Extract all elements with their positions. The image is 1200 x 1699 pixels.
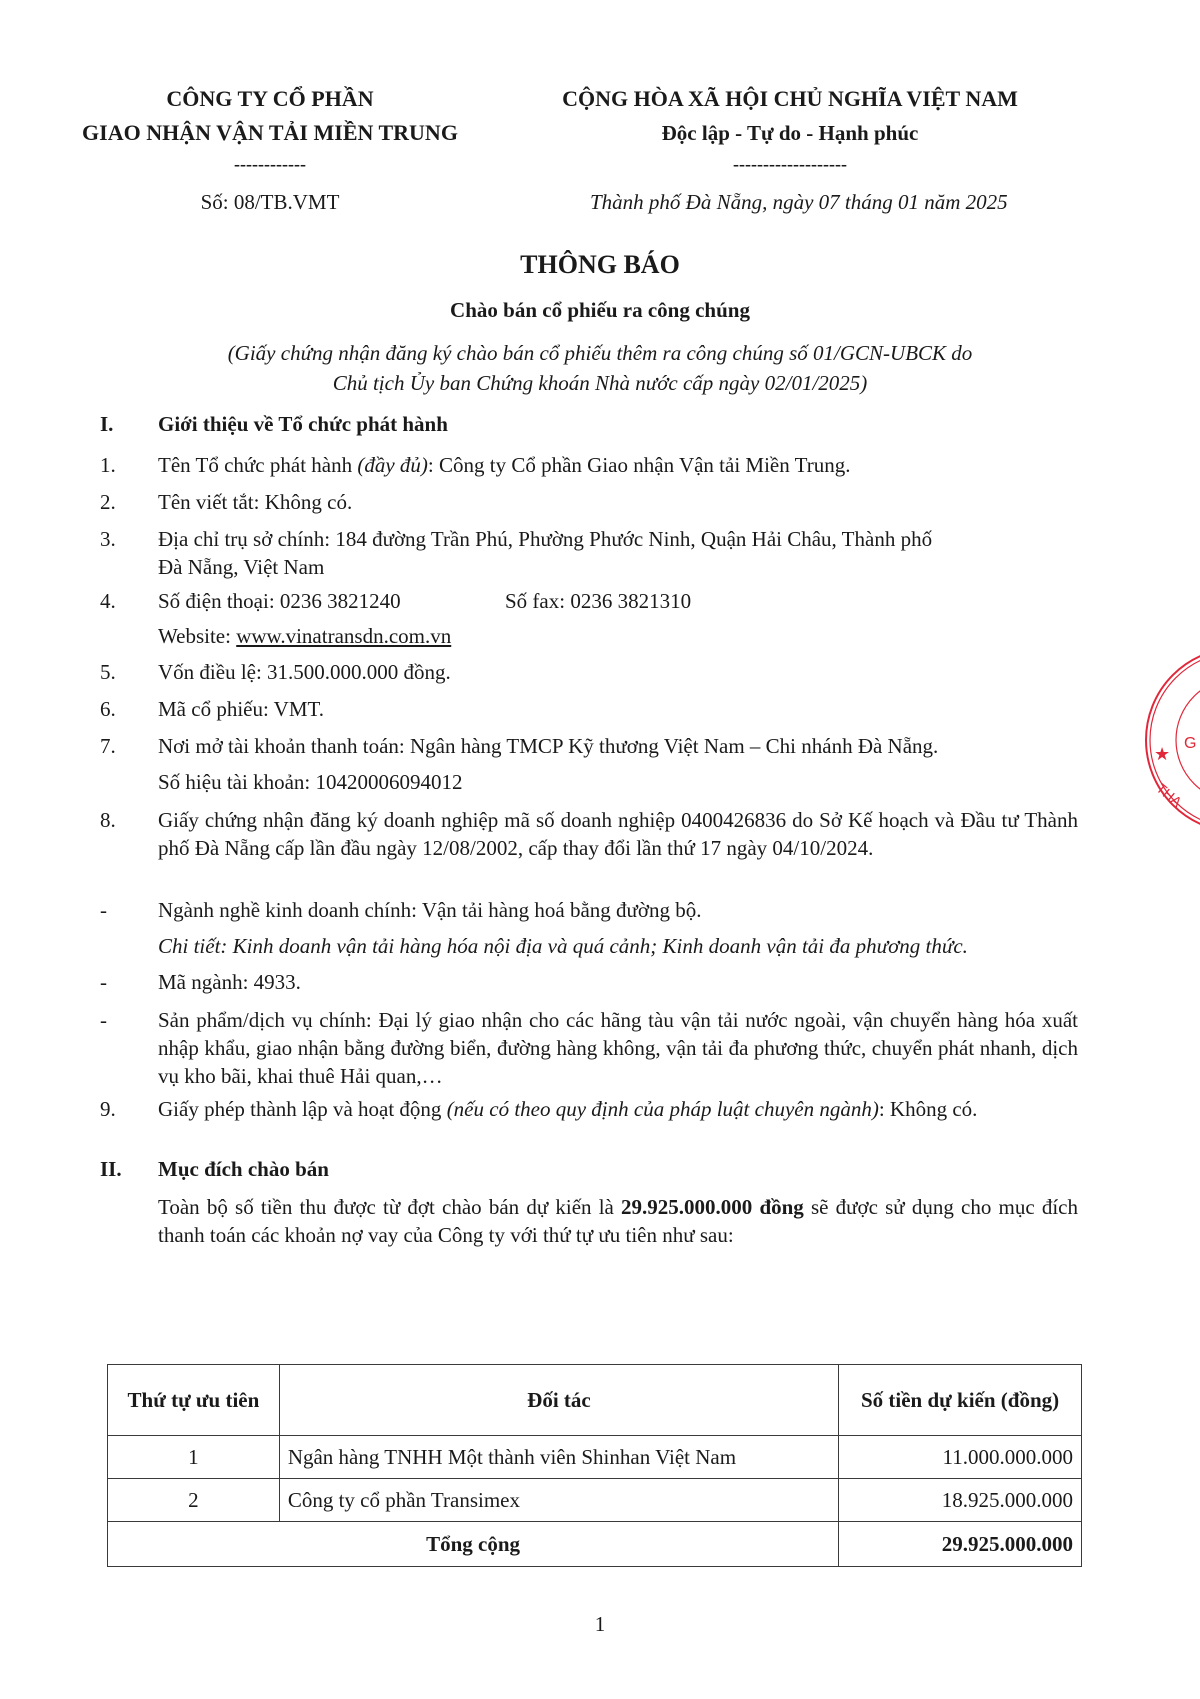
label-italic: (đầy đủ) <box>357 453 428 477</box>
item-text: Địa chỉ trụ sở chính: 184 đường Trần Phú… <box>158 525 1078 581</box>
address-line-2: Đà Nẵng, Việt Nam <box>158 553 1078 581</box>
section-2-number: II. <box>100 1155 122 1183</box>
nation-divider: ------------------- <box>520 150 1060 178</box>
section-1-number: I. <box>100 410 113 438</box>
item-text: Giấy phép thành lập và hoạt động (nếu có… <box>158 1095 1078 1123</box>
intro-paragraph: Toàn bộ số tiền thu được từ đợt chào bán… <box>158 1193 1078 1249</box>
svg-text:★: ★ <box>1154 744 1170 764</box>
website-line: Website: www.vinatransdn.com.vn <box>158 622 1078 650</box>
item-text: Vốn điều lệ: 31.500.000.000 đồng. <box>158 658 1078 686</box>
item-text: Giấy chứng nhận đăng ký doanh nghiệp mã … <box>158 806 1078 862</box>
item-text: Tên viết tắt: Không có. <box>158 488 1078 516</box>
document-number: Số: 08/TB.VMT <box>60 190 480 215</box>
intro-text: Toàn bộ số tiền thu được từ đợt chào bán… <box>158 1195 621 1219</box>
section-2-title: Mục đích chào bán <box>158 1155 1078 1183</box>
website-link[interactable]: www.vinatransdn.com.vn <box>236 624 451 648</box>
priority-cell: 1 <box>108 1436 280 1479</box>
item-number: 9. <box>100 1095 116 1123</box>
label: Tên Tổ chức phát hành <box>158 453 357 477</box>
item-number: 1. <box>100 451 116 479</box>
item-number: 3. <box>100 525 116 553</box>
allocation-table: Thứ tự ưu tiên Đối tác Số tiền dự kiến (… <box>107 1364 1082 1567</box>
document-subtitle: Chào bán cổ phiếu ra công chúng <box>0 298 1200 323</box>
company-stamp-icon: M.S.D.N: ★ G THA <box>1138 640 1200 840</box>
document-title: THÔNG BÁO <box>0 250 1200 280</box>
item-text: Nơi mở tài khoản thanh toán: Ngân hàng T… <box>158 732 1078 760</box>
header-partner: Đối tác <box>279 1365 838 1436</box>
item-number: 8. <box>100 806 116 834</box>
item-text: Sản phẩm/dịch vụ chính: Đại lý giao nhận… <box>158 1006 1078 1090</box>
priority-cell: 2 <box>108 1479 280 1522</box>
total-label: Tổng cộng <box>108 1522 839 1567</box>
item-text: Mã ngành: 4933. <box>158 968 1078 996</box>
item-detail: Chi tiết: Kinh doanh vận tải hàng hóa nộ… <box>158 932 1078 960</box>
item-number: 4. <box>100 587 116 615</box>
bullet-dash: - <box>100 968 107 996</box>
company-name-line1: CÔNG TY CỔ PHẦN <box>60 82 480 116</box>
partner-cell: Công ty cổ phần Transimex <box>279 1479 838 1522</box>
table-header-row: Thứ tự ưu tiên Đối tác Số tiền dự kiến (… <box>108 1365 1082 1436</box>
label-italic: (nếu có theo quy định của pháp luật chuy… <box>447 1097 879 1121</box>
account-number: Số hiệu tài khoản: 10420006094012 <box>158 768 1078 796</box>
partner-cell: Ngân hàng TNHH Một thành viên Shinhan Vi… <box>279 1436 838 1479</box>
intro-amount: 29.925.000.000 đồng <box>621 1195 804 1219</box>
company-divider: ------------ <box>60 150 480 178</box>
item-number: 5. <box>100 658 116 686</box>
item-number: 7. <box>100 732 116 760</box>
certificate-line-1: (Giấy chứng nhận đăng ký chào bán cổ phi… <box>0 338 1200 368</box>
website-label: Website: <box>158 624 236 648</box>
item-number: 6. <box>100 695 116 723</box>
header-priority: Thứ tự ưu tiên <box>108 1365 280 1436</box>
nation-name: CỘNG HÒA XÃ HỘI CHỦ NGHĨA VIỆT NAM <box>520 82 1060 116</box>
bullet-dash: - <box>100 1006 107 1034</box>
page-number: 1 <box>0 1612 1200 1637</box>
fax-number: Số fax: 0236 3821310 <box>505 587 691 615</box>
place-date: Thành phố Đà Nẵng, ngày 07 tháng 01 năm … <box>590 190 1130 215</box>
certificate-line-2: Chủ tịch Ủy ban Chứng khoán Nhà nước cấp… <box>0 368 1200 398</box>
item-text: Mã cổ phiếu: VMT. <box>158 695 1078 723</box>
nation-header: CỘNG HÒA XÃ HỘI CHỦ NGHĨA VIỆT NAM Độc l… <box>520 82 1060 178</box>
value: : Công ty Cổ phần Giao nhận Vận tải Miền… <box>428 453 851 477</box>
value: : Không có. <box>879 1097 978 1121</box>
label: Giấy phép thành lập và hoạt động <box>158 1097 447 1121</box>
certificate-reference: (Giấy chứng nhận đăng ký chào bán cổ phi… <box>0 338 1200 398</box>
item-text: Tên Tổ chức phát hành (đầy đủ): Công ty … <box>158 451 1078 479</box>
table-total-row: Tổng cộng 29.925.000.000 <box>108 1522 1082 1567</box>
nation-motto: Độc lập - Tự do - Hạnh phúc <box>520 116 1060 150</box>
amount-cell: 18.925.000.000 <box>839 1479 1082 1522</box>
bullet-dash: - <box>100 896 107 924</box>
amount-cell: 11.000.000.000 <box>839 1436 1082 1479</box>
total-amount: 29.925.000.000 <box>839 1522 1082 1567</box>
table-row: 1 Ngân hàng TNHH Một thành viên Shinhan … <box>108 1436 1082 1479</box>
svg-text:G: G <box>1184 735 1196 752</box>
header-amount: Số tiền dự kiến (đồng) <box>839 1365 1082 1436</box>
address-line-1: Địa chỉ trụ sở chính: 184 đường Trần Phú… <box>158 525 1078 553</box>
item-number: 2. <box>100 488 116 516</box>
section-1-title: Giới thiệu về Tổ chức phát hành <box>158 410 1078 438</box>
table-row: 2 Công ty cổ phần Transimex 18.925.000.0… <box>108 1479 1082 1522</box>
company-name-line2: GIAO NHẬN VẬN TẢI MIỀN TRUNG <box>60 116 480 150</box>
company-header: CÔNG TY CỔ PHẦN GIAO NHẬN VẬN TẢI MIỀN T… <box>60 82 480 178</box>
item-text: Ngành nghề kinh doanh chính: Vận tải hàn… <box>158 896 1078 924</box>
